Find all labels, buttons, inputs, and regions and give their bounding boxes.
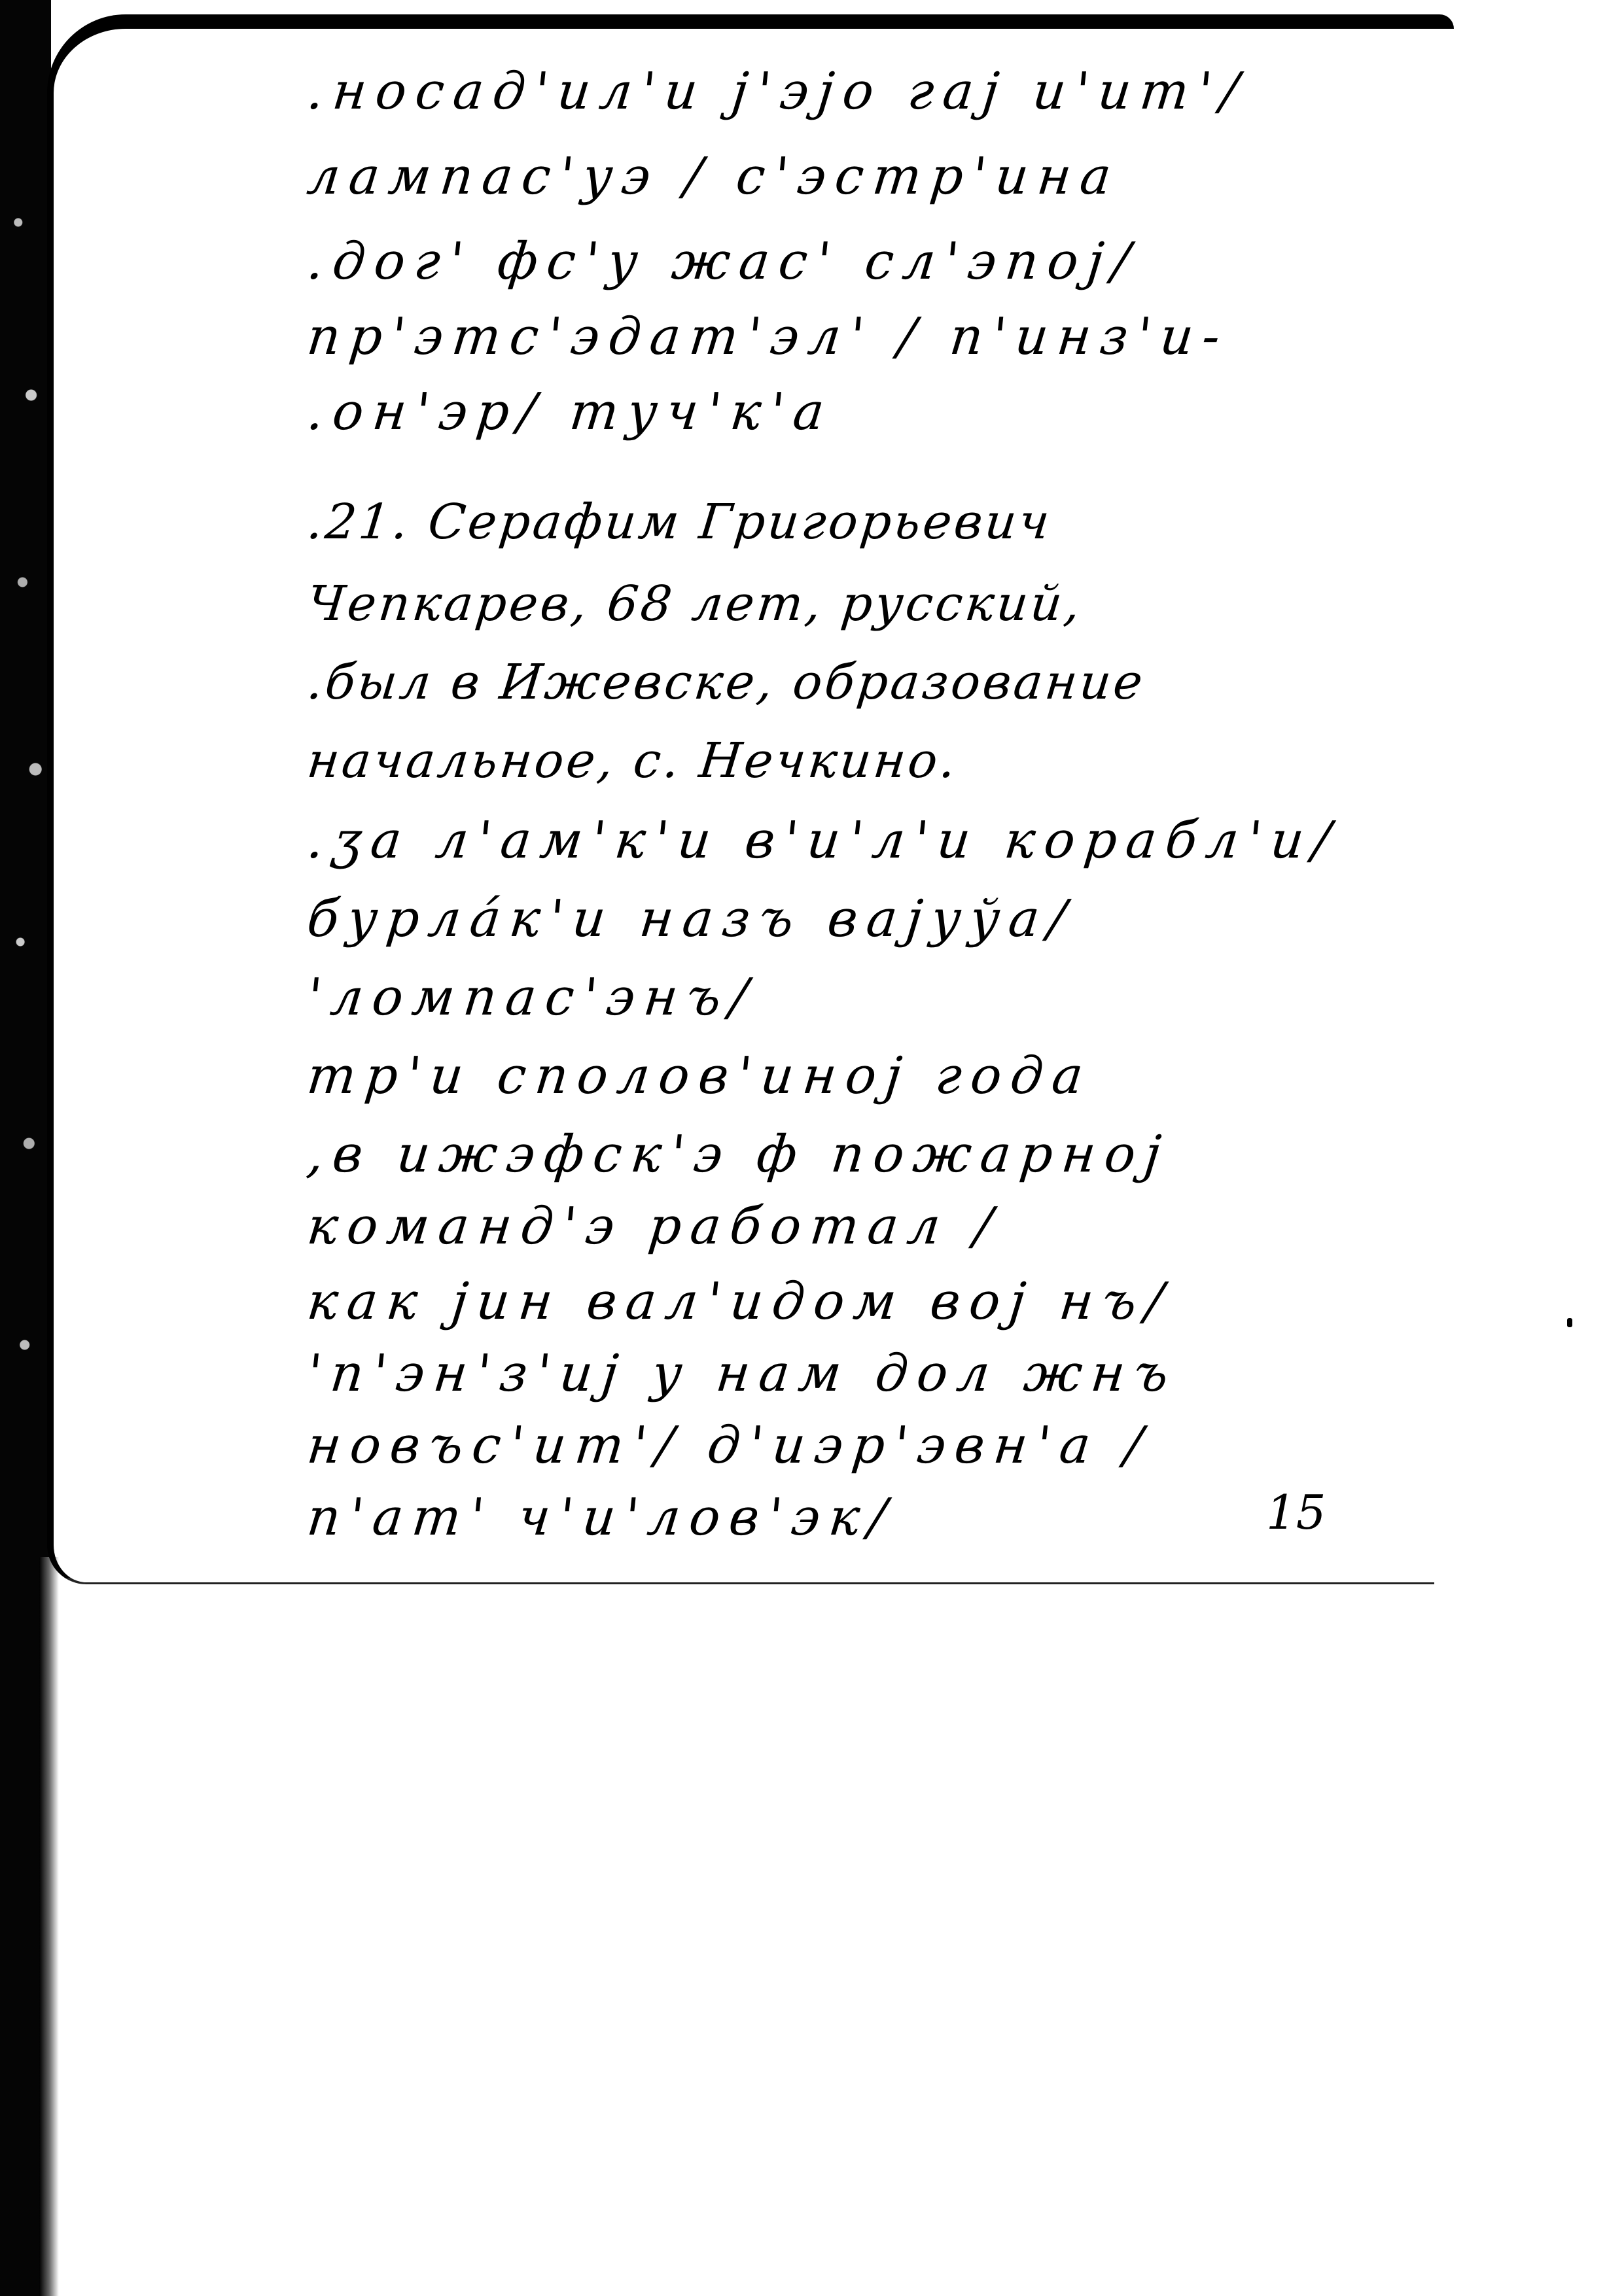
informant-header-line-3: .был в Ижевске, образование: [304, 654, 1148, 710]
transcription-line-1: .ӡа л'ам'к'и в'и'л'и корабл'и/: [304, 811, 1342, 870]
transcription-line-10: п'ат' ч'и'лов'эк/: [304, 1488, 898, 1547]
continued-line-4: пр'этс'эдат'эл' / п'инз'и-: [304, 307, 1231, 366]
binding-texture: [5, 78, 48, 1518]
transcription-line-2: бурла́к'и назъ ваjуўа/: [304, 890, 1078, 948]
transcription-line-9: новъс'ит'/ д'иэр'эвн'а /: [304, 1416, 1154, 1475]
informant-header-line-4: начальное, с. Нечкино.: [304, 733, 961, 789]
ink-speck: [1567, 1318, 1572, 1327]
continued-line-2: ламnас'уэ / с'эстр'ина: [304, 147, 1123, 206]
scan-shadow-edge: [39, 1557, 59, 2296]
informant-header-line-2: Чепкарев, 68 лет, русский,: [304, 576, 1085, 632]
transcription-line-4: тр'и сполов'иноj года: [304, 1047, 1095, 1105]
page-number: 15: [1266, 1485, 1326, 1540]
continued-line-5: .он'эр/ туч'к'а: [304, 383, 836, 442]
continued-line-3: .дог' фс'у жас' сл'эпој/: [304, 232, 1142, 291]
transcription-line-6: команд'э работал /: [304, 1197, 1004, 1256]
continued-line-1: .носад'ил'и ј'эјо гај и'ит'/: [304, 62, 1250, 121]
transcription-line-8: 'п'эн'з'иj у нам дол жнъ: [304, 1344, 1180, 1403]
informant-header-line-1: .21. Серафим Григорьевич: [304, 494, 1054, 550]
transcription-line-5: ,в ижэфск'э ф пожарноj: [304, 1125, 1173, 1184]
transcription-line-7: как јин вал'идом воj нъ/: [304, 1272, 1175, 1331]
transcription-line-3: 'ломпас'энъ/: [304, 968, 759, 1027]
